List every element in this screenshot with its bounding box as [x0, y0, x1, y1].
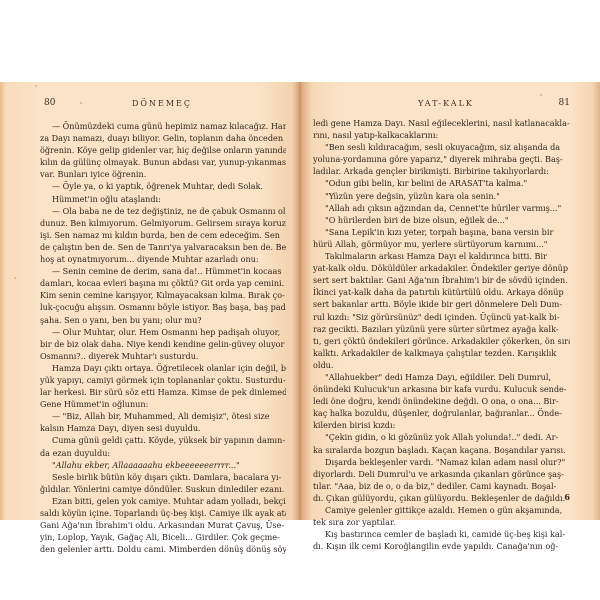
text-line: Hamza Dayı çıktı ortaya. Öğretilecek ola…	[40, 362, 286, 374]
text-line: "Yüzün yere değsin, yüzün kara ola senin…	[313, 190, 570, 202]
text-line: — Olur Muhtar, olur. Hem Osmannı hep pad…	[40, 326, 286, 338]
text-line: yük yapıyı, camiyi görmek için toplananl…	[40, 374, 286, 386]
text-line: Gene Hümmet'in oğlunun:	[40, 398, 286, 410]
text-line: luk-çocuğu alışsın. Osmannı böyle istiyo…	[40, 301, 286, 313]
text-line: de çalıştın ben de. Sen de Tanrı'ya yalv…	[40, 241, 286, 253]
text-line: ledi öne doğru, kendi önündekine değdi. …	[313, 395, 570, 407]
text-line: hürü Allah, görmüyor mu, yerlere sürtüyo…	[313, 238, 570, 250]
text-line: Ezan bitti, gelen yok camiye. Muhtar ada…	[40, 495, 286, 507]
running-title: DÖNEMEÇ	[42, 99, 282, 108]
text-line: dı. Kışın ilk cemi Koroğlangilin evde ya…	[313, 540, 570, 552]
text-line: "Sana Lepik'in kızı yeter, torpah başına…	[313, 226, 570, 238]
text-line: Hümmet'in oğlu ataşlandı:	[40, 193, 286, 205]
text-line: sert sert baktılar. Gani Ağa'nın İbrahim…	[313, 274, 570, 286]
text-line: damları, kocaa evleri başına mı çöktü? G…	[40, 277, 286, 289]
right-page-header: YAT-KALK 81	[322, 98, 570, 112]
text-line: var. Bunları iyice öğrenin.	[40, 168, 286, 180]
text-line: kılın da gülünç olmayak. Bunun abdası va…	[40, 156, 286, 168]
text-line: kaç halka bozuldu, düşenler, doğrulanlar…	[313, 407, 570, 419]
left-page: 80 DÖNEMEÇ — Önümüzdeki cuma günü hepimi…	[0, 82, 300, 520]
signature-mark: 6	[564, 492, 570, 502]
text-line: yoluna-yordamına göre yaparız," diyerek …	[313, 153, 570, 165]
text-line: Camiye gelenler gittikçe azaldı. Hemen o…	[313, 504, 570, 516]
text-line: tı, geri çöktü öndekileri görünce. Arkad…	[313, 335, 570, 347]
text-line: tek sıra zor yaptılar.	[313, 516, 570, 528]
text-line: ledi gene Hamza Dayı. Nasıl eğilecekleri…	[313, 117, 570, 129]
text-line: dı. Çıkan gülüyordu, çıkan gülüyordu. Be…	[313, 492, 570, 504]
text-line: oldu.	[313, 359, 570, 371]
text-line: Osmannı?.. diyerek Muhtar'ı susturdu.	[40, 350, 286, 362]
paper-speck	[540, 94, 542, 96]
text-line: yat-kalk oldu. Döküldüler arkadakiler. Ö…	[313, 262, 570, 274]
text-line: rını, nasıl yatıp-kalkacaklarını:	[313, 129, 570, 141]
text-line: saldı köyün içine. Toparlandı üç-beş kiş…	[40, 507, 286, 519]
text-line: sert bakanlar arttı. Böyle ikide bir ger…	[313, 298, 570, 310]
text-line: bir de biz olak daha. Niye kendi kendine…	[40, 338, 286, 350]
text-line: ladılar. Arkada gençler birikmişti. Birb…	[313, 165, 570, 177]
paper-speck	[14, 277, 16, 279]
text-line: hoş at oynatmıyorum... diyende Muhtar az…	[40, 253, 286, 265]
text-line: — Önümüzdeki cuma günü hepimiz namaz kıl…	[40, 120, 286, 132]
text-line: "O hürilerden biri de bize olsun, eğilek…	[313, 214, 570, 226]
text-line: Gani Ağa'nın İbrahim'i oldu. Arkasından …	[40, 519, 286, 531]
running-title: YAT-KALK	[322, 99, 570, 108]
text-line: ğıldılar. Yönlerini camiye döndüler. Sus…	[40, 483, 286, 495]
left-page-body-text: — Önümüzdeki cuma günü hepimiz namaz kıl…	[40, 120, 286, 555]
text-line: Kış bastırınca cemler de başladı ki, cam…	[313, 528, 570, 540]
text-line: kalktı. Arkadakiler de kalkmaya çalıştıl…	[313, 347, 570, 359]
text-line: — Senin cemine de derim, sana da!.. Hümm…	[40, 265, 286, 277]
right-page: YAT-KALK 81 ledi gene Hamza Dayı. Nasıl …	[300, 82, 600, 520]
text-line: "Allahu ekber, Allaaaaaahu ekbeeeeeeerrr…	[40, 459, 286, 471]
text-line: kilerden birisi kızdı:	[313, 419, 570, 431]
text-line: işi. Sen namaz mı kıldın burda, ben de c…	[40, 229, 286, 241]
text-line: Kim senin cemine karışıyor, Kılmayacaksa…	[40, 289, 286, 301]
text-line: İkinci yat-kalk daha da patırtılı kütürt…	[313, 286, 570, 298]
text-line: önündeki Kulucuk'un arkasına bir kafa vu…	[313, 383, 570, 395]
text-line: lar herkesi. Bir sürü söz etti Hamza. Ki…	[40, 386, 286, 398]
text-line: "Ben sesli kıldıracağım, sesli okuyacağı…	[313, 141, 570, 153]
text-line: — "Biz, Allah bir, Muhammed, Ali demişiz…	[40, 410, 286, 422]
text-line: za Dayı namazı, duayı biliyor. Gelin, to…	[40, 132, 286, 144]
text-line: ka sıralarda bozgun başladı. Kaçan kaçan…	[313, 444, 570, 456]
text-line: Dışarda bekleşenler vardı. "Namaz kılan …	[313, 456, 570, 468]
text-line: den gelenler arttı. Doldu cami. Mimberde…	[40, 543, 286, 555]
paper-speck	[35, 85, 37, 87]
text-line: Sesle birlik bütün köy dışarı çıktı. Dam…	[40, 471, 286, 483]
text-line: yin, Loplop, Yayık, Gağaç Ali, Biceli...…	[40, 531, 286, 543]
text-line: Cuma günü geldi çattı. Köyde, yüksek bir…	[40, 434, 286, 446]
page-number: 81	[559, 98, 570, 108]
text-line: kalsın Hamza Dayı, diyen sesi duyuldu.	[40, 422, 286, 434]
text-line: raz gecikti. Bazıları yüzünü yere sürter…	[313, 323, 570, 335]
text-line: "Odun gibi belin, kır belini de ARASAT't…	[313, 177, 570, 189]
text-line: — Öyle ya, o ki yaptık, öğrenek Muhtar, …	[40, 180, 286, 192]
text-line: Takılmaların arkası Hamza Dayı el kaldır…	[313, 250, 570, 262]
text-line: diyorlardı. Deli Dumrul'u ve arkasında ç…	[313, 468, 570, 480]
text-line: tılar. "Aaa, biz de o, o da biz," dedile…	[313, 480, 570, 492]
text-line: da ezan duyuldu:	[40, 447, 286, 459]
text-line: — Ola baba ne de tez değiştiniz, ne de ç…	[40, 205, 286, 217]
paper-speck	[80, 102, 82, 104]
text-line: rul kızdı: "Siz görürsünüz" dedi içinden…	[313, 311, 570, 323]
text-line: dunuz. Ben kılmıyorum. Gelmiyorum. Gelir…	[40, 217, 286, 229]
text-line: öğrenin. Köye gelip gidenler var, hiç de…	[40, 144, 286, 156]
text-line: "Allah adı çıksın ağzından da, Cennet'te…	[313, 202, 570, 214]
text-line: "Allahuekber" dedi Hamza Dayı, eğildiler…	[313, 371, 570, 383]
text-line: şaha. Sen o yanı, ben bu yanı; olur mu?	[40, 314, 286, 326]
left-page-header: 80 DÖNEMEÇ	[42, 98, 282, 112]
right-page-body-text: ledi gene Hamza Dayı. Nasıl eğilecekleri…	[313, 117, 570, 552]
open-book-spread: 80 DÖNEMEÇ — Önümüzdeki cuma günü hepimi…	[0, 82, 600, 520]
text-line: "Çekin gidin, o ki gözünüz yok Allah yol…	[313, 431, 570, 443]
